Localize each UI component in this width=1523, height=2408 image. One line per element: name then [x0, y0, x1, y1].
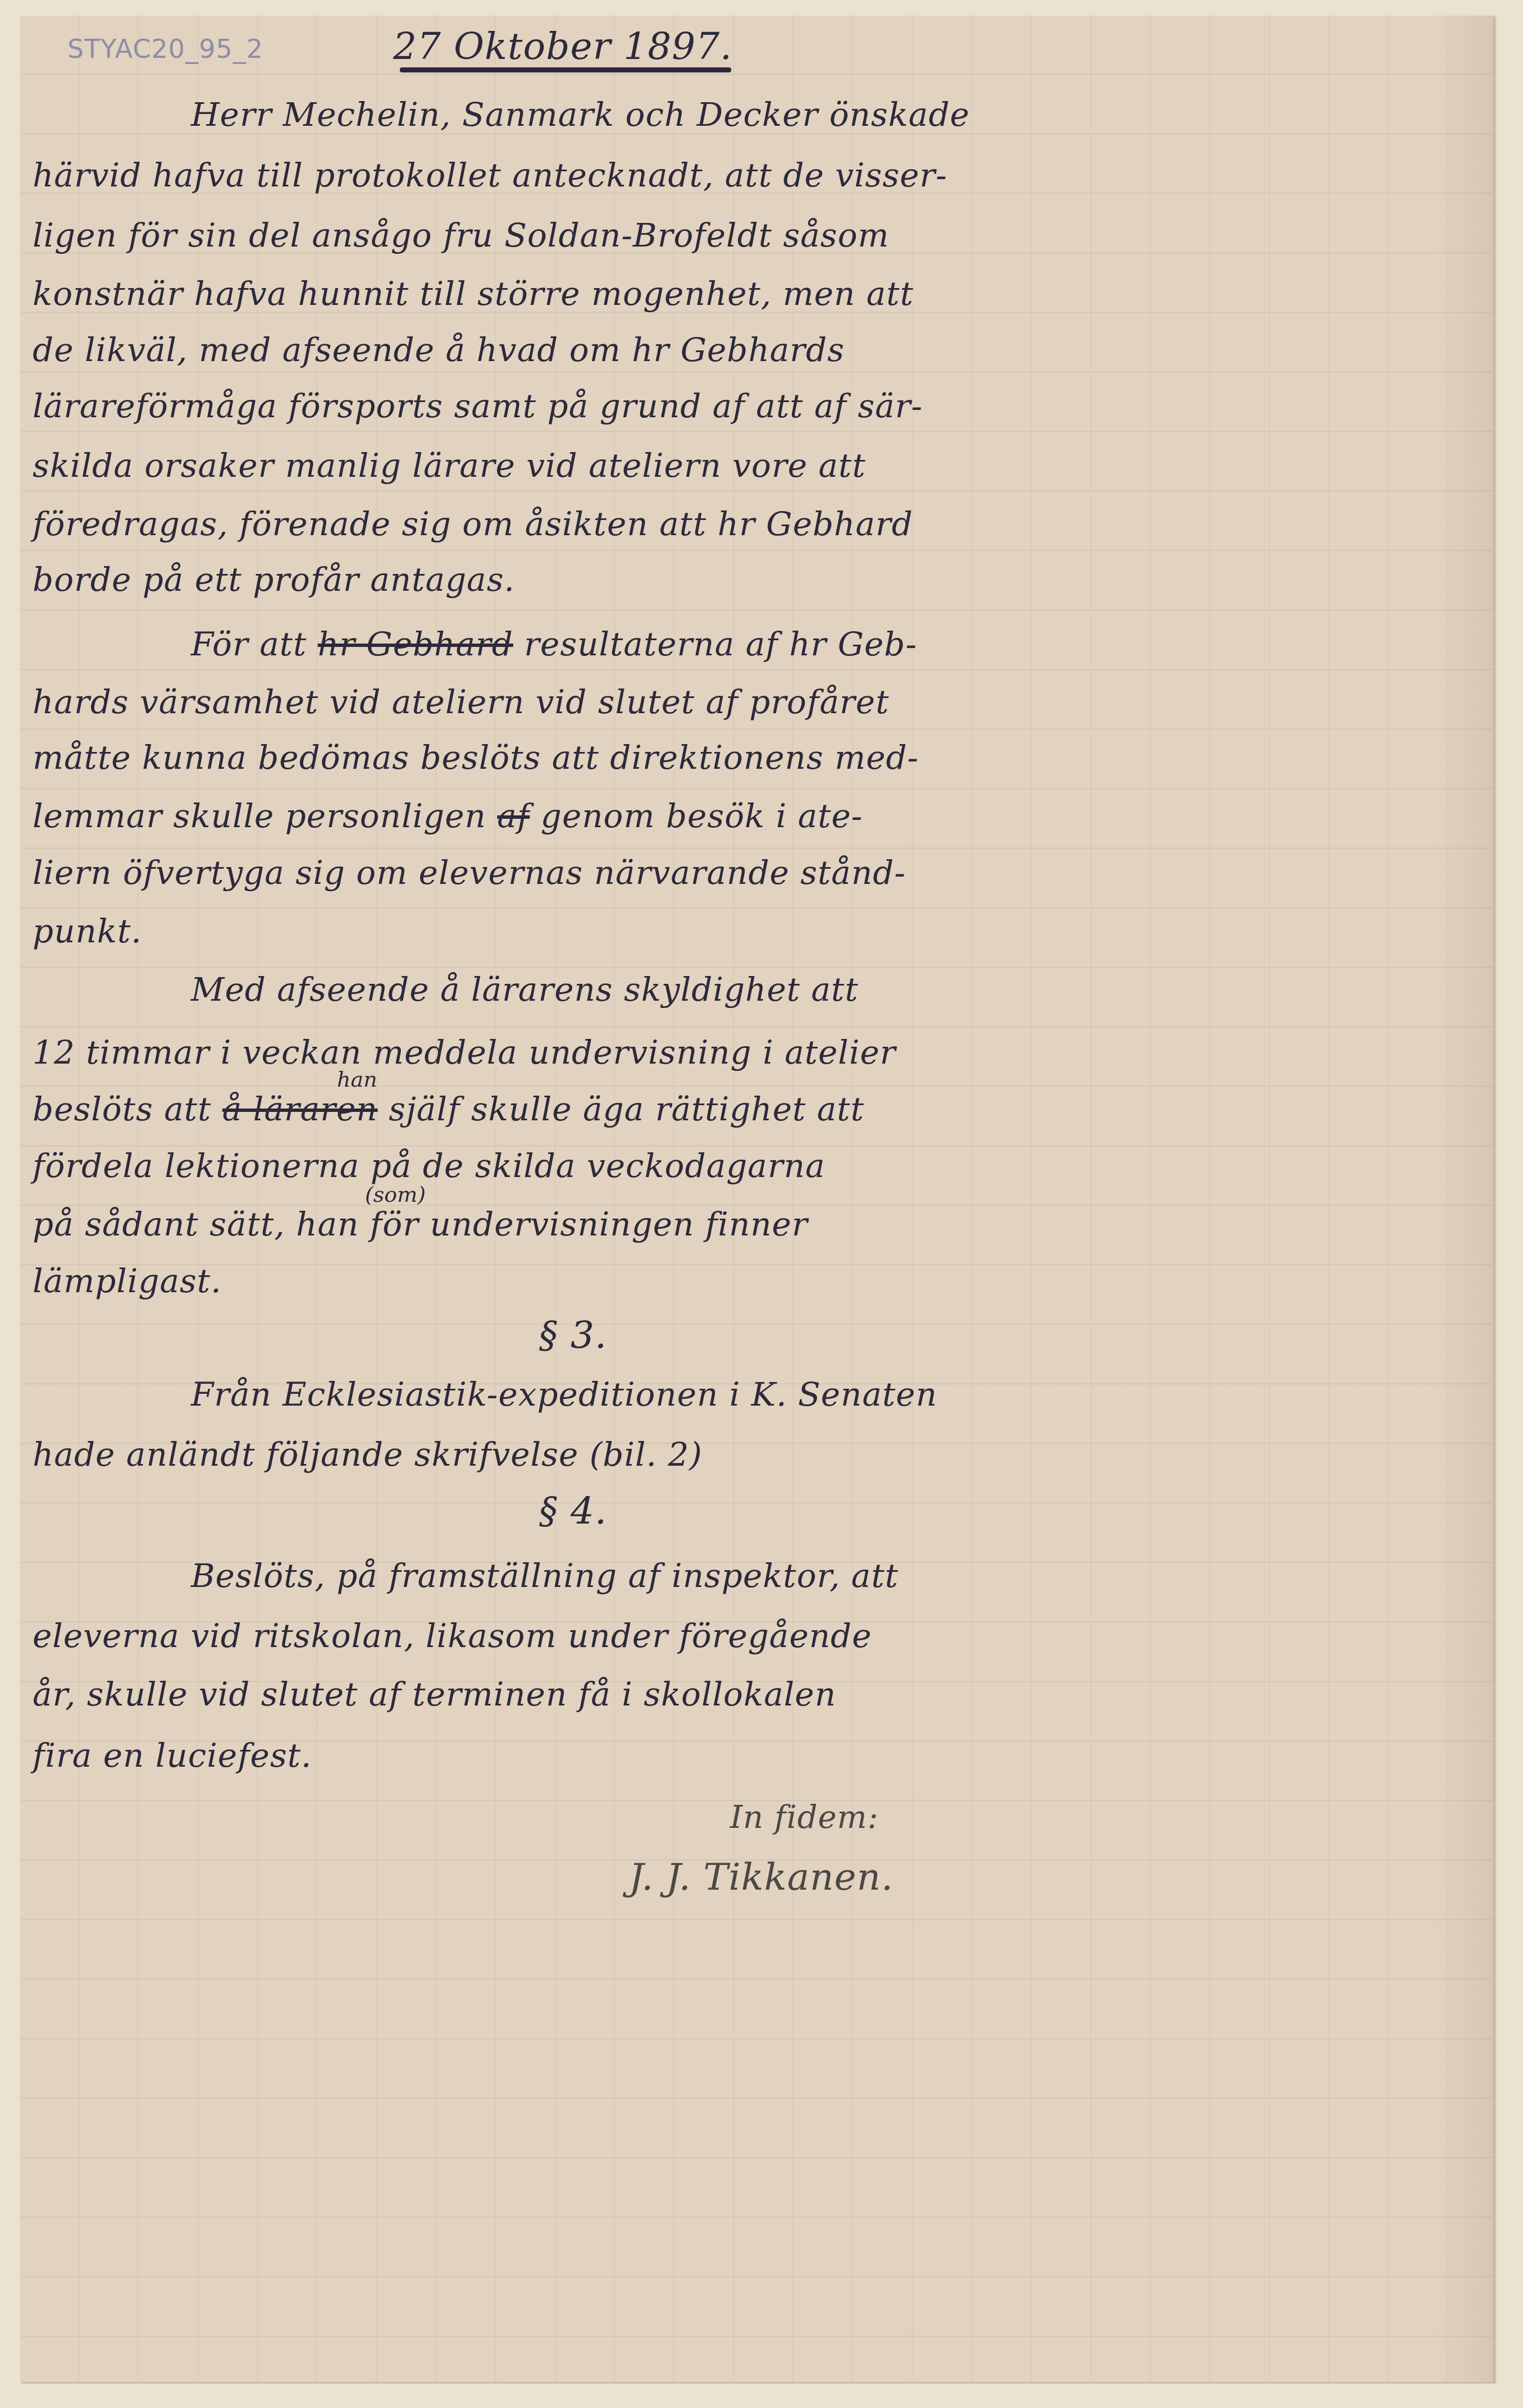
attestation: In fidem: [730, 1802, 879, 1834]
interlinear-insertion: han [337, 1067, 377, 1092]
text-line: de likväl, med afseende å hvad om hr Geb… [33, 334, 845, 366]
text-line: lärareförmåga försports samt på grund af… [33, 390, 923, 422]
text-line: skilda orsaker manlig lärare vid atelier… [33, 449, 866, 482]
struck-text: hr Gebhard [318, 625, 513, 663]
text-line: måtte kunna bedömas beslöts att direktio… [33, 741, 919, 774]
text-fragment: resultaterna af hr Geb- [524, 625, 917, 663]
text-line: på sådant sätt, han för undervisningen f… [33, 1208, 808, 1241]
text-line: ligen för sin del ansågo fru Soldan-Brof… [33, 219, 890, 252]
text-fragment: själf skulle äga rättighet att [389, 1090, 864, 1128]
section-heading: § 4. [539, 1493, 607, 1530]
date-underline [400, 67, 731, 72]
text-line: fördela lektionerna på de skilda veckoda… [33, 1150, 826, 1182]
text-line: liern öfvertyga sig om elevernas närvara… [33, 856, 906, 889]
text-fragment: på sådant sätt, [33, 1205, 285, 1243]
manuscript-page [20, 16, 1494, 2382]
interlinear-insertion: (som) [365, 1182, 426, 1207]
text-fragment: genom besök i ate- [541, 797, 863, 835]
struck-text: af [497, 797, 530, 835]
text-line: fira en luciefest. [33, 1739, 312, 1772]
text-line: år, skulle vid slutet af terminen få i s… [33, 1678, 836, 1711]
text-line: borde på ett profår antagas. [33, 563, 515, 596]
text-line: föredragas, förenade sig om åsikten att … [33, 508, 913, 540]
text-line: hards värsamhet vid ateliern vid slutet … [33, 686, 889, 718]
text-fragment: lemmar skulle personligen [33, 797, 486, 835]
section-heading: § 3. [539, 1317, 607, 1354]
text-line: härvid hafva till protokollet antecknadt… [33, 159, 947, 191]
text-line: Beslöts, på framställning af inspektor, … [191, 1559, 899, 1592]
text-line: Med afseende å lärarens skyldighet att [191, 973, 859, 1006]
text-fragment: beslöts att [33, 1090, 211, 1128]
text-line: Herr Mechelin, Sanmark och Decker önskad… [191, 98, 970, 131]
text-line: eleverna vid ritskolan, likasom under fö… [33, 1620, 872, 1652]
text-fragment: För att [191, 625, 307, 663]
text-line: beslöts att å läraren själf skulle äga r… [33, 1093, 864, 1125]
text-line: konstnär hafva hunnit till större mogenh… [33, 277, 914, 310]
text-fragment: han för undervisningen finner [296, 1205, 808, 1243]
text-line: 12 timmar i veckan meddela undervisning … [33, 1036, 896, 1069]
text-line: Från Ecklesiastik-expeditionen i K. Sena… [191, 1378, 937, 1411]
text-line: lämpligast. [33, 1265, 222, 1297]
text-line: punkt. [33, 915, 142, 947]
text-line: hade anländt följande skrifvelse (bil. 2… [33, 1438, 703, 1471]
date-heading: 27 Oktober 1897. [393, 28, 732, 65]
struck-text: å läraren [222, 1090, 378, 1128]
signature: J. J. Tikkanen. [629, 1859, 893, 1896]
archive-reference-stamp: STYAC20_95_2 [67, 34, 263, 64]
text-line: För att hr Gebhard resultaterna af hr Ge… [191, 628, 917, 660]
text-line: lemmar skulle personligen af genom besök… [33, 800, 863, 832]
